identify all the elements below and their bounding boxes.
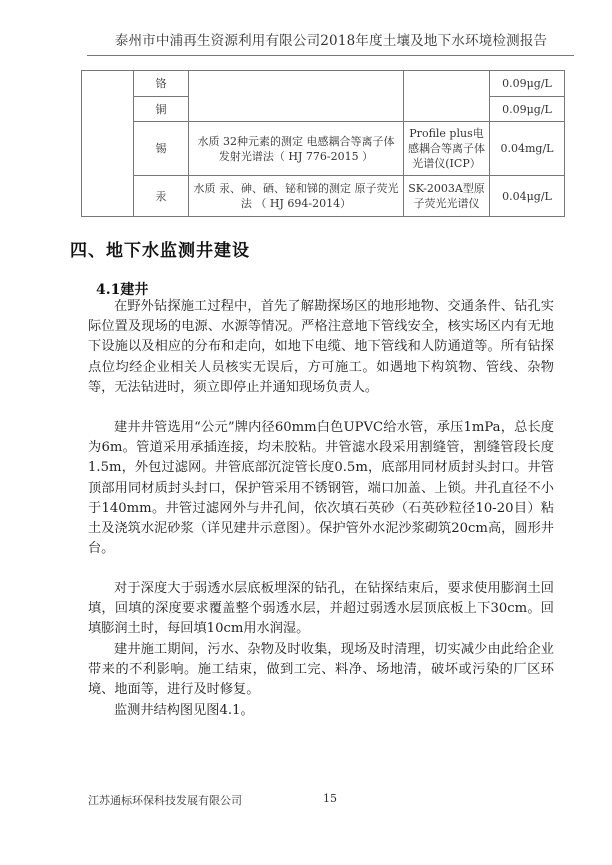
- method-cell: [189, 71, 404, 122]
- paragraph-cleanup: 建井施工期间，污水、杂物及时收集，现场及时清理，切实减少由此给企业带来的不利影响…: [88, 640, 554, 701]
- detection-methods-table: 铬 0.09μg/L 铜 0.09μg/L 锡 水质 32种元素的测定 电感耦合…: [81, 70, 565, 217]
- instrument-cell: SK-2003A型原子荧光光谱仪: [404, 176, 490, 217]
- element-cell: 铬: [134, 71, 189, 97]
- table-category-cell: [82, 71, 134, 217]
- element-cell: 汞: [134, 176, 189, 217]
- paragraph-text: 建井井管选用“公元”牌内径60mm白色UPVC给水管，承压1mPa，总长度为6m…: [88, 418, 554, 559]
- detection-limit-cell: 0.09μg/L: [490, 71, 565, 97]
- element-cell: 锡: [134, 122, 189, 176]
- paragraph-figure-reference: 监测井结构图见图4.1。: [88, 701, 554, 721]
- method-cell: 水质 汞、砷、硒、铋和锑的测定 原子荧光法 （ HJ 694-2014）: [189, 176, 404, 217]
- paragraph-text: 建井施工期间，污水、杂物及时收集，现场及时清理，切实减少由此给企业带来的不利影响…: [88, 640, 554, 701]
- paragraph-text: 对于深度大于弱透水层底板埋深的钻孔，在钻探结束后，要求使用膨润土回填，回填的深度…: [88, 579, 554, 640]
- header-divider: [87, 55, 574, 56]
- paragraph-backfill: 对于深度大于弱透水层底板埋深的钻孔，在钻探结束后，要求使用膨润土回填，回填的深度…: [88, 579, 554, 640]
- footer-company: 江苏通标环保科技发展有限公司: [88, 792, 242, 808]
- table-row: 锡 水质 32种元素的测定 电感耦合等离子体发射光谱法（ HJ 776-2015…: [82, 122, 565, 176]
- instrument-cell: [404, 71, 490, 122]
- table-row: 汞 水质 汞、砷、硒、铋和锑的测定 原子荧光法 （ HJ 694-2014） S…: [82, 176, 565, 217]
- paragraph-text: 监测井结构图见图4.1。: [88, 701, 554, 721]
- page-header-title: 泰州市中浦再生资源利用有限公司2018年度土壤及地下水环境检测报告: [0, 29, 612, 49]
- detection-limit-cell: 0.09μg/L: [490, 97, 565, 122]
- section-heading: 四、地下水监测井建设: [70, 236, 250, 261]
- instrument-cell: Profile plus电感耦合等离子体光谱仪(ICP）: [404, 122, 490, 176]
- paragraph-well-pipe: 建井井管选用“公元”牌内径60mm白色UPVC给水管，承压1mPa，总长度为6m…: [88, 418, 554, 559]
- paragraph-text: 在野外钻探施工过程中，首先了解勘探场区的地形地物、交通条件、钻孔实际位置及现场的…: [88, 297, 554, 398]
- subsection-heading: 4.1建井: [96, 279, 148, 299]
- paragraph-site-survey: 在野外钻探施工过程中，首先了解勘探场区的地形地物、交通条件、钻孔实际位置及现场的…: [88, 297, 554, 398]
- table-row: 铬 0.09μg/L: [82, 71, 565, 97]
- element-cell: 铜: [134, 97, 189, 122]
- page-number: 15: [323, 792, 337, 805]
- detection-limit-cell: 0.04μg/L: [490, 176, 565, 217]
- method-cell: 水质 32种元素的测定 电感耦合等离子体发射光谱法（ HJ 776-2015 ）: [189, 122, 404, 176]
- detection-limit-cell: 0.04mg/L: [490, 122, 565, 176]
